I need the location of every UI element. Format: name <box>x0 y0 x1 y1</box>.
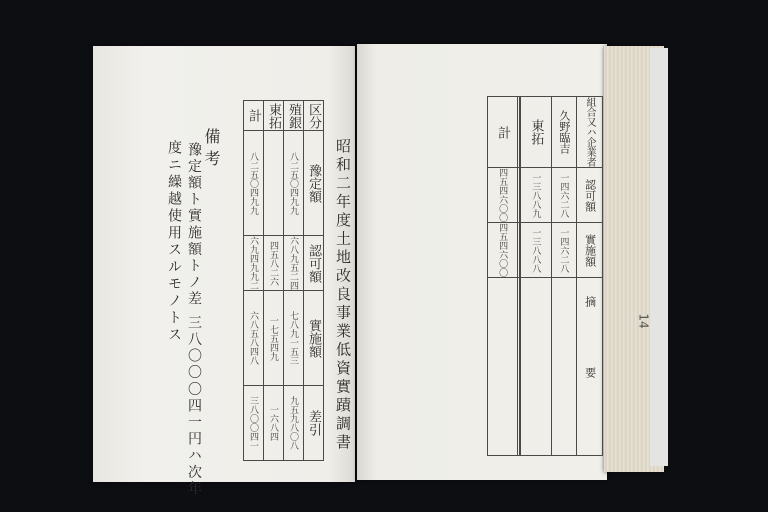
notes-line-2: 度ニ繰越使用スルモノトス <box>164 140 184 344</box>
col-total: 計 <box>244 101 264 131</box>
cell: 一三八八九 <box>521 168 551 223</box>
col-shokugin: 殖銀 <box>284 101 304 131</box>
cell: 九五九八〇八 <box>284 386 304 461</box>
cell: 四五四六〇〇 <box>488 168 518 223</box>
cell: 八二五〇四九九 <box>244 131 264 236</box>
cell <box>264 131 284 236</box>
enterprise-table: 計 東拓 久野臨吉 組合又ハ企業者 四五四六〇〇 一三八八九 一四六二八 認可額… <box>487 96 603 456</box>
funding-table: 計 東拓 殖銀 区分 八二五〇四九九 八二五〇四九九 豫定額 六九四九九二 四五… <box>243 100 324 461</box>
name-toutaku: 東拓 <box>521 97 551 168</box>
row-label-planned: 豫定額 <box>304 131 324 236</box>
cell: 七八九一五三 <box>284 291 304 386</box>
cell: 六九四九九二 <box>244 236 264 291</box>
cell: 一四六二八 <box>551 223 577 278</box>
cell: 六八五八四八 <box>244 291 264 386</box>
name-kuno: 久野臨吉 <box>551 97 577 168</box>
col-approved: 認可額 <box>577 168 603 223</box>
cell <box>521 278 551 456</box>
cell: 一六八四 <box>264 386 284 461</box>
notes-line-1: 豫定額ト實施額トノ差 三八〇〇〇四一円ハ次年 <box>184 142 204 498</box>
col-executed: 實施額 <box>577 223 603 278</box>
row-label-approved: 認可額 <box>304 236 324 291</box>
cell: 六八九五二四 <box>284 236 304 291</box>
cell <box>488 278 518 456</box>
row-label-executed: 實施額 <box>304 291 324 386</box>
document-title: 昭和二年度土地改良事業低資實蹟調書 <box>334 138 352 453</box>
col-toutaku: 東拓 <box>264 101 284 131</box>
cell: 四五四六〇〇 <box>488 223 518 278</box>
row-total-label: 計 <box>488 97 518 168</box>
header-corner: 区分 <box>304 101 324 131</box>
page-mark: 14 <box>637 313 651 328</box>
cell: 四五八二六 <box>264 236 284 291</box>
cell: 三八〇〇四一 <box>244 386 264 461</box>
backing-card <box>650 48 668 466</box>
col-enterprise: 組合又ハ企業者 <box>577 97 603 168</box>
col-remarks: 摘要 <box>577 278 603 456</box>
cell: 八二五〇四九九 <box>284 131 304 236</box>
cell: 一四六二八 <box>551 168 577 223</box>
cell <box>551 278 577 456</box>
cell: 一七五四九 <box>264 291 284 386</box>
cell: 一三八八八 <box>521 223 551 278</box>
row-label-difference: 差引 <box>304 386 324 461</box>
